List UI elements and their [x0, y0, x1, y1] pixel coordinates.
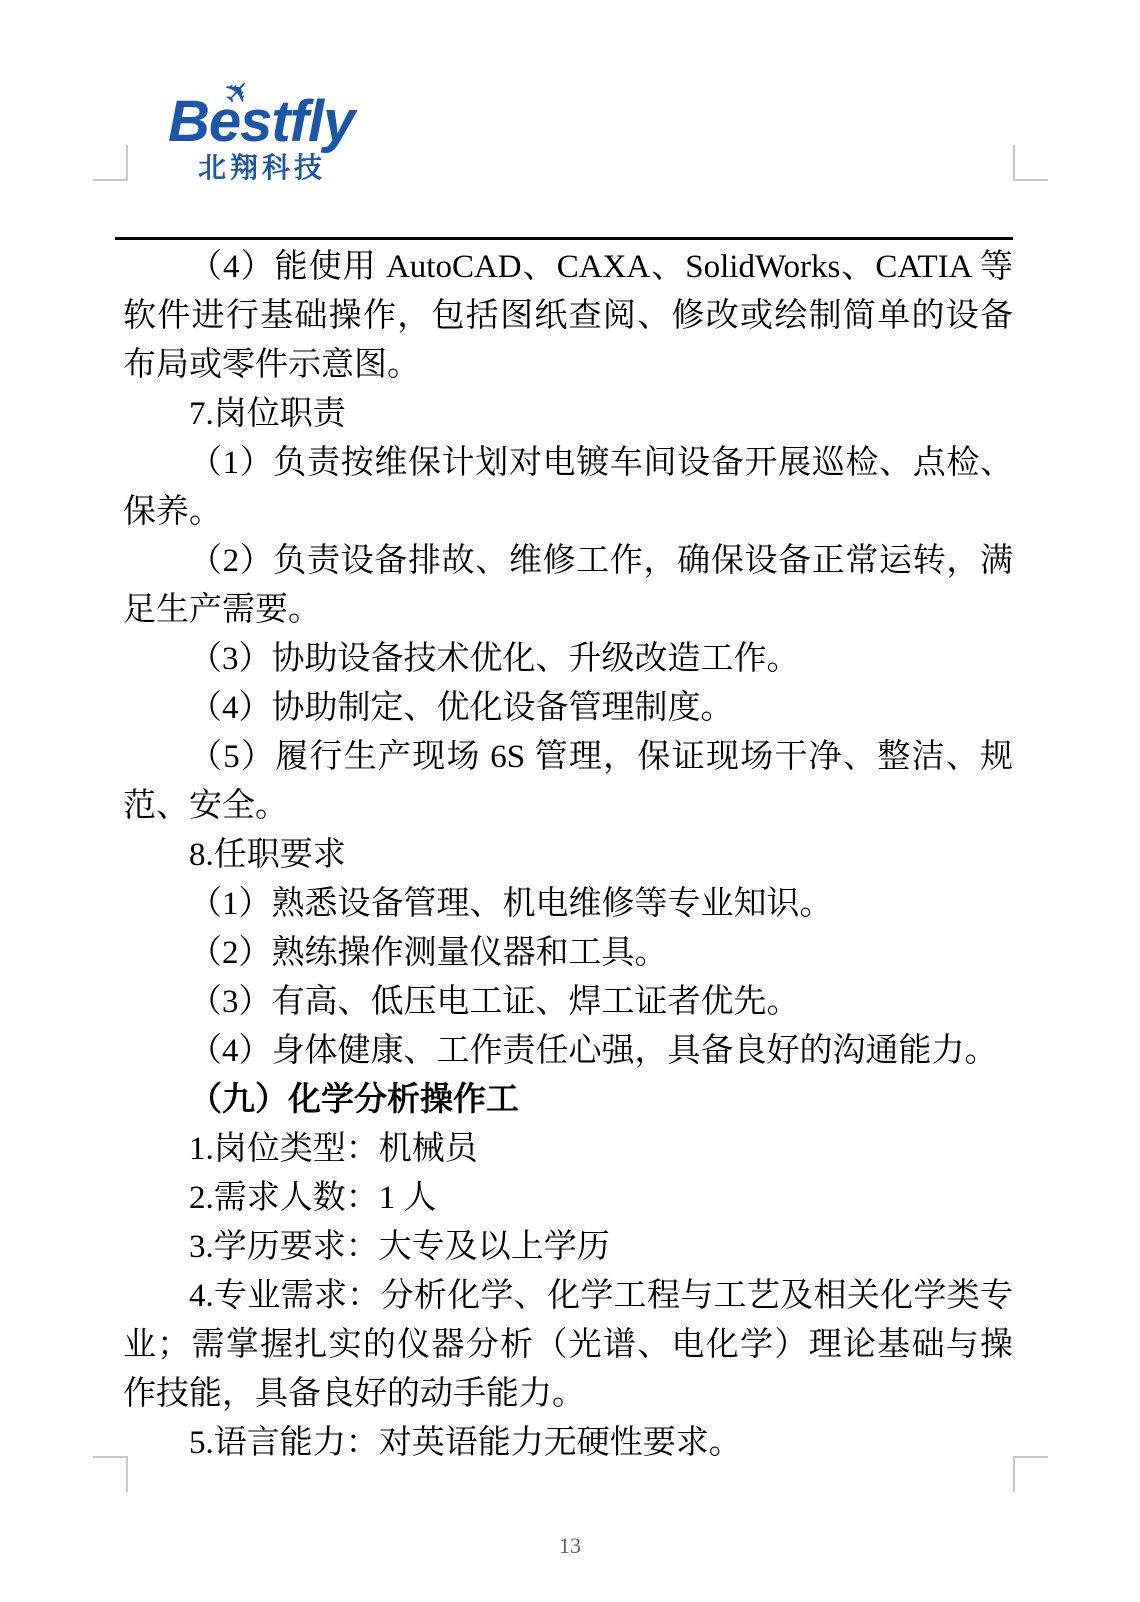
paragraph: （4）能使用 AutoCAD、CAXA、SolidWorks、CATIA 等软件… [123, 243, 1013, 390]
page-number: 13 [0, 1533, 1140, 1559]
crop-mark-top-right [1013, 145, 1048, 181]
crop-mark-bottom-right [1013, 1456, 1048, 1492]
paragraph: （2）负责设备排故、维修工作，确保设备正常运转，满足生产需要。 [123, 537, 1013, 635]
paragraph: （1）负责按维保计划对电镀车间设备开展巡检、点检、保养。 [123, 439, 1013, 537]
document-body: （4）能使用 AutoCAD、CAXA、SolidWorks、CATIA 等软件… [123, 243, 1013, 1468]
section-heading: （九）化学分析操作工 [123, 1076, 1013, 1125]
header-rule [115, 237, 1013, 240]
paragraph: 4.专业需求：分析化学、化学工程与工艺及相关化学类专业；需掌握扎实的仪器分析（光… [123, 1272, 1013, 1419]
paragraph: （5）履行生产现场 6S 管理，保证现场干净、整洁、规范、安全。 [123, 733, 1013, 831]
paragraph: 5.语言能力：对英语能力无硬性要求。 [123, 1419, 1013, 1468]
paragraph: 2.需求人数：1 人 [123, 1174, 1013, 1223]
paragraph: （4）身体健康、工作责任心强，具备良好的沟通能力。 [123, 1027, 1013, 1076]
company-logo: ✈ Bestfly 北翔科技 [168, 92, 354, 184]
logo-brand-text: Bestfly [168, 89, 354, 154]
paragraph: 1.岗位类型：机械员 [123, 1125, 1013, 1174]
document-page: ✈ Bestfly 北翔科技 （4）能使用 AutoCAD、CAXA、Solid… [0, 0, 1140, 1602]
paragraph: （2）熟练操作测量仪器和工具。 [123, 929, 1013, 978]
crop-mark-top-left [93, 145, 128, 181]
paragraph: （3）协助设备技术优化、升级改造工作。 [123, 635, 1013, 684]
paragraph: 8.任职要求 [123, 831, 1013, 880]
paragraph: （4）协助制定、优化设备管理制度。 [123, 684, 1013, 733]
logo-subtitle-text: 北翔科技 [198, 153, 354, 184]
paragraph: 3.学历要求：大专及以上学历 [123, 1223, 1013, 1272]
paragraph: （3）有高、低压电工证、焊工证者优先。 [123, 978, 1013, 1027]
paragraph: 7.岗位职责 [123, 390, 1013, 439]
paragraph: （1）熟悉设备管理、机电维修等专业知识。 [123, 880, 1013, 929]
